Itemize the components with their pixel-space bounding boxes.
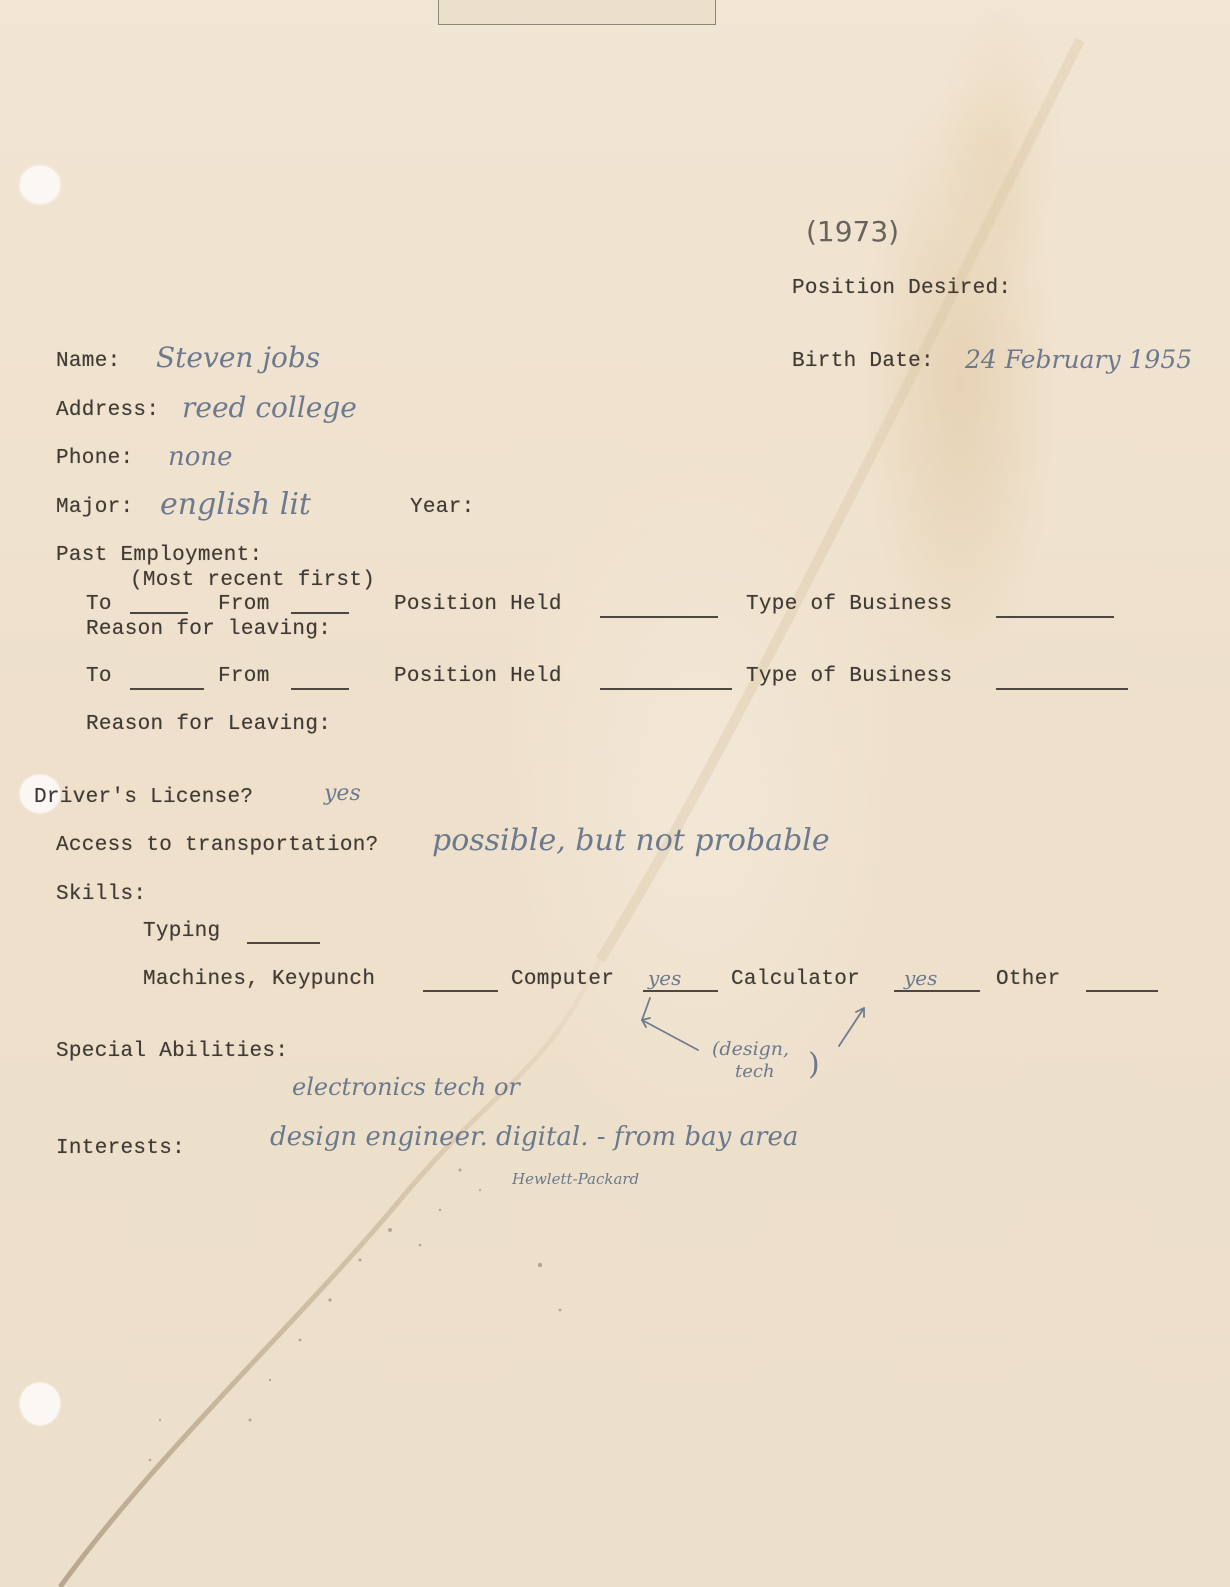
skills-label: Skills:: [56, 884, 146, 905]
emp2-position-blank[interactable]: [600, 688, 732, 690]
emp1-to-blank[interactable]: [130, 612, 188, 614]
past-employment-note: (Most recent first): [130, 570, 375, 591]
punch-hole-bottom: [20, 1383, 60, 1425]
interests-line2[interactable]: design engineer. digital. - from bay are…: [270, 1124, 798, 1150]
birth-date-label: Birth Date:: [792, 351, 934, 372]
emp2-position-label: Position Held: [394, 666, 562, 687]
emp1-from-label: From: [218, 594, 270, 615]
emp1-from-blank[interactable]: [291, 612, 349, 614]
emp2-to-label: To: [86, 666, 112, 687]
phone-label: Phone:: [56, 448, 133, 469]
emp2-from-label: From: [218, 666, 270, 687]
emp2-business-label: Type of Business: [746, 666, 952, 687]
emp1-to-label: To: [86, 594, 112, 615]
interests-line1[interactable]: electronics tech or: [292, 1075, 520, 1099]
calculator-label: Calculator: [731, 969, 860, 990]
emp1-business-label: Type of Business: [746, 594, 952, 615]
interests-line3[interactable]: Hewlett-Packard: [512, 1172, 639, 1187]
past-employment-label: Past Employment:: [56, 545, 262, 566]
birth-date-value[interactable]: 24 February 1955: [965, 347, 1192, 372]
year-label: Year:: [410, 497, 475, 518]
major-value[interactable]: english lit: [160, 490, 311, 520]
annotation-line1: (design,: [712, 1040, 789, 1059]
emp2-reason-label: Reason for Leaving:: [86, 714, 331, 735]
annotation-line2: tech: [735, 1063, 775, 1081]
emp2-to-blank[interactable]: [130, 688, 204, 690]
year-note: (1973): [806, 218, 899, 246]
emp1-position-label: Position Held: [394, 594, 562, 615]
major-label: Major:: [56, 497, 133, 518]
phone-value[interactable]: none: [168, 444, 233, 470]
other-label: Other: [996, 969, 1061, 990]
address-label: Address:: [56, 400, 159, 421]
typing-blank[interactable]: [247, 942, 320, 944]
emp2-business-blank[interactable]: [996, 688, 1128, 690]
annotation-close-paren: ): [808, 1050, 820, 1080]
name-value[interactable]: Steven jobs: [156, 344, 320, 372]
punch-hole-top: [20, 166, 60, 204]
calculator-blank[interactable]: [894, 990, 980, 992]
computer-label: Computer: [511, 969, 614, 990]
transportation-label: Access to transportation?: [56, 835, 379, 856]
top-tab-box: [438, 0, 716, 25]
emp1-position-blank[interactable]: [600, 616, 718, 618]
special-abilities-label: Special Abilities:: [56, 1041, 288, 1062]
emp2-from-blank[interactable]: [291, 688, 349, 690]
address-value[interactable]: reed college: [182, 394, 357, 422]
drivers-license-value[interactable]: yes: [324, 783, 361, 805]
machines-keypunch-label: Machines, Keypunch: [143, 969, 375, 990]
name-label: Name:: [56, 351, 121, 372]
drivers-license-label: Driver's License?: [34, 787, 253, 808]
keypunch-blank[interactable]: [423, 990, 498, 992]
position-desired-label: Position Desired:: [792, 278, 1011, 299]
typing-label: Typing: [143, 921, 220, 942]
computer-value[interactable]: yes: [648, 968, 681, 988]
emp1-business-blank[interactable]: [996, 616, 1114, 618]
emp1-reason-label: Reason for leaving:: [86, 619, 331, 640]
calculator-value[interactable]: yes: [904, 968, 937, 988]
transportation-value[interactable]: possible, but not probable: [432, 826, 830, 856]
interests-label: Interests:: [56, 1138, 185, 1159]
other-blank[interactable]: [1086, 990, 1158, 992]
